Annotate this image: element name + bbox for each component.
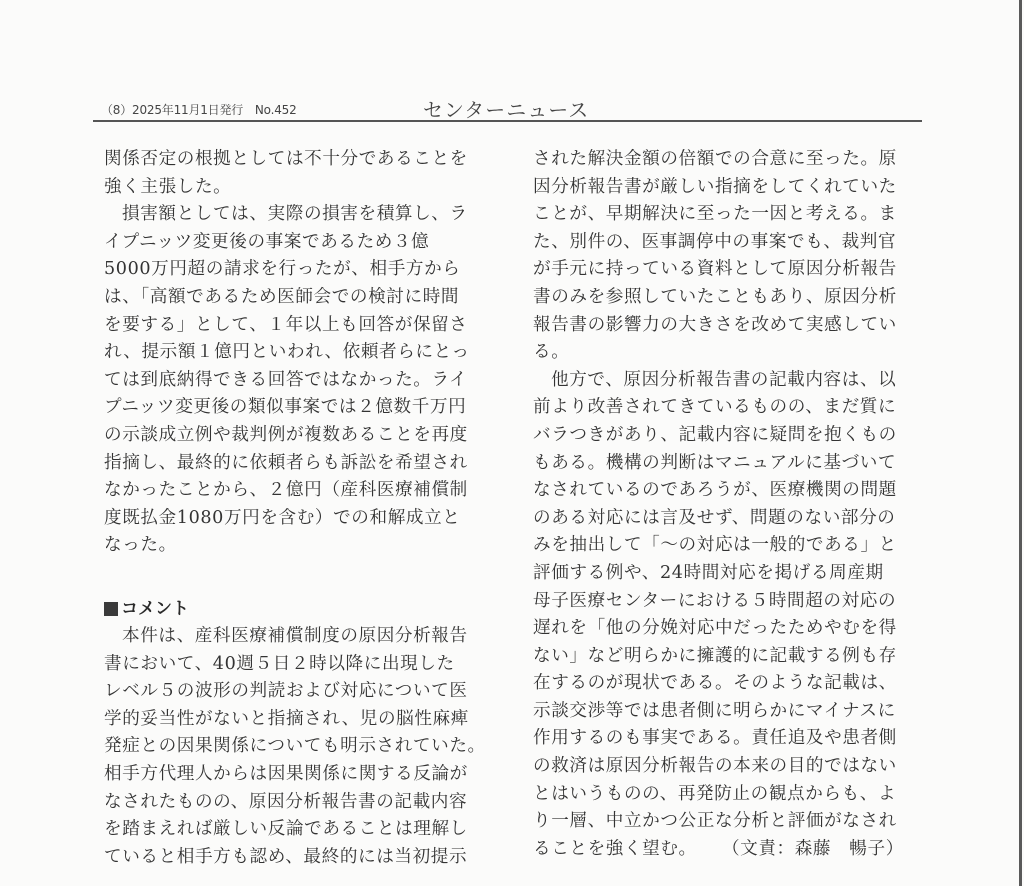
text-line: 在するのが現状である。そのような記載は、 [533, 670, 933, 698]
text-line: ていると相手方も認め、最終的には当初提示 [104, 844, 504, 872]
text-line: プニッツ変更後の類似事案では２億数千万円 [104, 394, 504, 422]
text-line: 5000万円超の請求を行ったが、相手方から [104, 256, 504, 284]
text-line: 発症との因果関係についても明示されていた。 [104, 733, 504, 761]
text-line: ことが、早期解決に至った一因と考える。ま [533, 201, 933, 229]
text-line: が手元に持っている資料として原因分析報告 [533, 256, 933, 284]
text-line: り一層、中立かつ公正な分析と評価がなされ [533, 808, 933, 836]
page-edge-border [1019, 0, 1022, 886]
square-bullet-icon [104, 602, 118, 616]
text-line: ない」など明らかに擁護的に記載する例も存 [533, 643, 933, 671]
text-line: を踏まえれば厳しい反論であることは理解し [104, 816, 504, 844]
header-divider [93, 120, 922, 122]
text-line: のある対応には言及せず、問題のない部分の [533, 505, 933, 533]
left-column: 関係否定の根拠としては不十分であることを 強く主張した。 損害額としては、実際の… [104, 146, 504, 871]
publication-title: センターニュース [423, 94, 589, 123]
text-line: 書において、40週５日２時以降に出現した [104, 651, 504, 679]
text-line: ては到底納得できる回答ではなかった。ライ [104, 367, 504, 395]
text-line: れ、提示額１億円といわれ、依頼者らにとっ [104, 339, 504, 367]
author-byline: （文責：森藤 暢子） [697, 839, 904, 859]
closing-line: ることを強く望む。（文責：森藤 暢子） [533, 836, 933, 864]
text-line: 相手方代理人からは因果関係に関する反論が [104, 761, 504, 789]
text-line: の救済は原因分析報告の本来の目的ではない [533, 753, 933, 781]
text-line: みを抽出して「～の対応は一般的である」と [533, 532, 933, 560]
text-line: イプニッツ変更後の事案であるため３億 [104, 229, 504, 257]
page-header: （8）2025年11月1日発行 No.452 センターニュース [93, 92, 922, 120]
text-line: 書のみを参照していたこともあり、原因分析 [533, 284, 933, 312]
text-line: の示談成立例や裁判例が複数あることを再度 [104, 422, 504, 450]
text-line: なされているのであろうが、医療機関の問題 [533, 477, 933, 505]
text-line: 遅れを「他の分娩対応中だったためやむを得 [533, 615, 933, 643]
text-line: された解決金額の倍額での合意に至った。原 [533, 146, 933, 174]
paragraph-gap [104, 560, 504, 588]
text-line: 指摘し、最終的に依頼者らも訴訟を希望され [104, 450, 504, 478]
text-line: 強く主張した。 [104, 174, 504, 202]
text-line: 損害額としては、実際の損害を積算し、ラ [104, 201, 504, 229]
text-line: バラつきがあり、記載内容に疑問を抱くもの [533, 422, 933, 450]
text-line: は、「高額であるため医師会での検討に時間 [104, 284, 504, 312]
text-line: 評価する例や、24時間対応を掲げる周産期 [533, 560, 933, 588]
text-line: 母子医療センターにおける５時間超の対応の [533, 588, 933, 616]
text-line: 学的妥当性がないと指摘され、児の脳性麻痺 [104, 706, 504, 734]
text-line: 関係否定の根拠としては不十分であることを [104, 146, 504, 174]
text-line: とはいうものの、再発防止の観点からも、よ [533, 781, 933, 809]
text-line: 前より改善されてきているものの、まだ質に [533, 394, 933, 422]
comment-heading-label: コメント [121, 596, 189, 624]
text-line: 報告書の影響力の大きさを改めて実感してい [533, 312, 933, 340]
right-column: された解決金額の倍額での合意に至った。原 因分析報告書が厳しい指摘をしてくれてい… [533, 146, 933, 863]
text-line: なされたものの、原因分析報告書の記載内容 [104, 789, 504, 817]
text-line: た、別件の、医事調停中の事案でも、裁判官 [533, 229, 933, 257]
issue-info: （8）2025年11月1日発行 No.452 [101, 101, 297, 118]
text-line: る。 [533, 339, 933, 367]
text-line: なかったことから、２億円（産科医療補償制 [104, 477, 504, 505]
text-line: 因分析報告書が厳しい指摘をしてくれていた [533, 174, 933, 202]
text-line: もある。機構の判断はマニュアルに基づいて [533, 450, 933, 478]
text-line: なった。 [104, 532, 504, 560]
closing-text: ることを強く望む。 [533, 839, 697, 859]
text-line: レベル５の波形の判読および対応について医 [104, 678, 504, 706]
text-line: 他方で、原因分析報告書の記載内容は、以 [533, 367, 933, 395]
text-line: を要する」として、１年以上も回答が保留さ [104, 312, 504, 340]
comment-heading: コメント [104, 596, 504, 624]
text-line: 示談交渉等では患者側に明らかにマイナスに [533, 698, 933, 726]
text-line: 度既払金1080万円を含む）での和解成立と [104, 505, 504, 533]
text-line: 本件は、産科医療補償制度の原因分析報告 [104, 623, 504, 651]
text-line: 作用するのも事実である。責任追及や患者側 [533, 725, 933, 753]
